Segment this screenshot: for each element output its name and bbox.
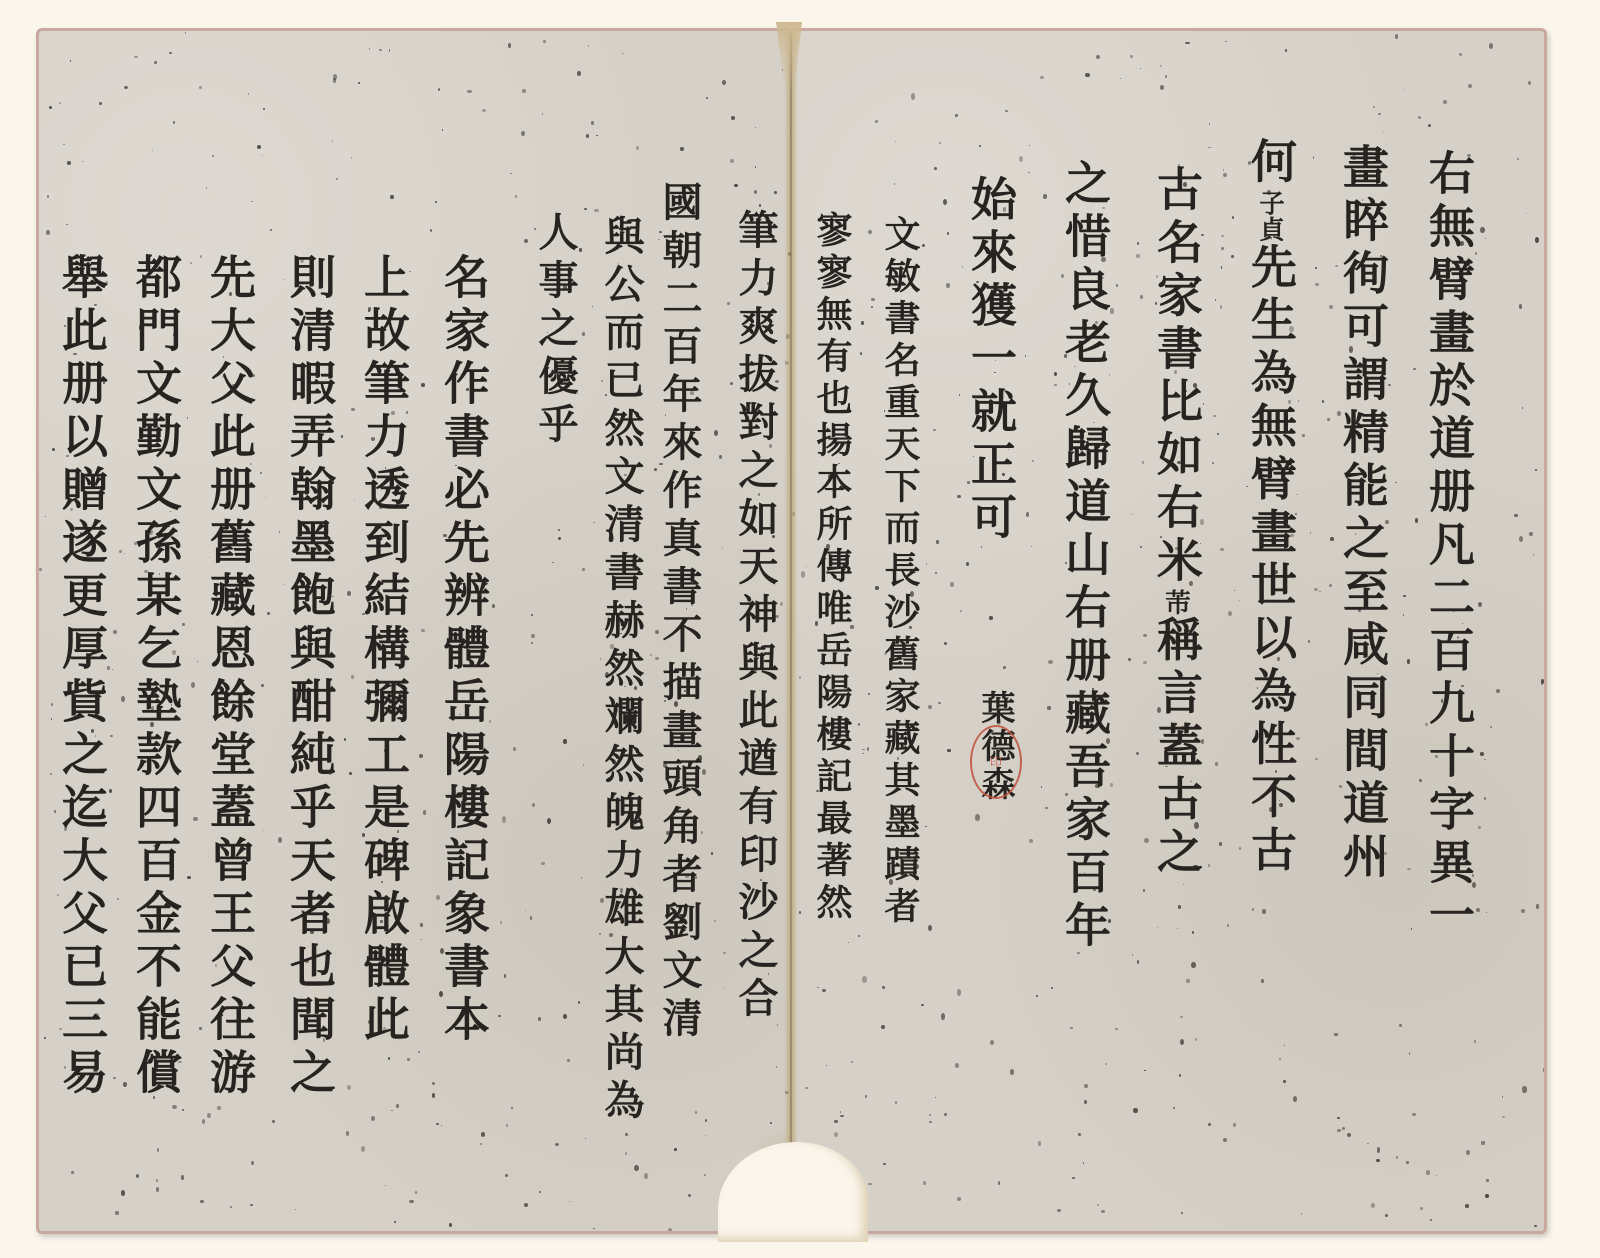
text-column-9: 都門文勤文孫某乞墊款四百金不能償 xyxy=(133,253,179,1101)
text-column-4: 古名家書比如右米芾稱言蓋古之 xyxy=(1154,165,1200,880)
interlinear-note: 子貞 xyxy=(1256,190,1286,243)
column-text: 稱言蓋古之 xyxy=(1150,615,1204,880)
text-column-10: 舉此册以贈遂更厚貲之迄大父已三易 xyxy=(59,253,105,1101)
text-column-1: 右無臂畫於道册凡二百九十字異一 xyxy=(1426,149,1472,944)
text-column-4: 人事之優乎 xyxy=(535,211,575,451)
interlinear-note: 芾 xyxy=(1162,589,1192,615)
album-spread: 筆力爽拔對之如天神與此遒有印沙之合 國朝二百年來作真書不描畫頭角者劉文清 與公而… xyxy=(0,0,1600,1258)
text-column-6: 始來獲一就正可 xyxy=(968,175,1014,546)
text-column-3: 何子貞先生為無臂畫世以為性不古 xyxy=(1248,137,1294,879)
left-page: 筆力爽拔對之如天神與此遒有印沙之合 國朝二百年來作真書不描畫頭角者劉文清 與公而… xyxy=(36,28,791,1234)
text-column-5: 名家作書必先辨體岳陽樓記象書本 xyxy=(441,253,487,1048)
text-column-6: 上故筆力透到結構彌工是碑啟體此 xyxy=(361,253,407,1048)
text-column-1: 筆力爽拔對之如天神與此遒有印沙之合 xyxy=(735,209,775,1025)
column-text: 何 xyxy=(1244,137,1298,190)
red-seal-stamp: 印 xyxy=(970,725,1022,799)
right-page: 右無臂畫於道册凡二百九十字異一 畫睟徇可謂精能之至咸同間道州 何子貞先生為無臂畫… xyxy=(792,28,1547,1234)
text-column-8: 先大父此册舊藏恩餘堂蓋曾王父往游 xyxy=(207,253,253,1101)
column-text: 古名家書比如右米 xyxy=(1150,165,1204,589)
text-column-7: 則清暇弄翰墨飽與酣純乎天者也聞之 xyxy=(287,253,333,1101)
text-column-5: 之惜良老久歸道山右册藏吾家百年 xyxy=(1062,159,1108,954)
binding-spine xyxy=(784,30,798,1200)
text-column-2: 國朝二百年來作真書不描畫頭角者劉文清 xyxy=(659,181,699,1045)
column-text: 先生為無臂畫世以為性不古 xyxy=(1244,243,1298,879)
text-column-3: 與公而已然文清書赫然斕然魄力雄大其尚為 xyxy=(601,215,641,1127)
text-column-8: 寥寥無有也揚本所傳唯岳陽樓記最著然 xyxy=(814,211,850,925)
text-column-7: 文敏書名重天下而長沙舊家藏其墨蹟者 xyxy=(882,215,918,929)
text-column-2: 畫睟徇可謂精能之至咸同間道州 xyxy=(1340,143,1386,885)
